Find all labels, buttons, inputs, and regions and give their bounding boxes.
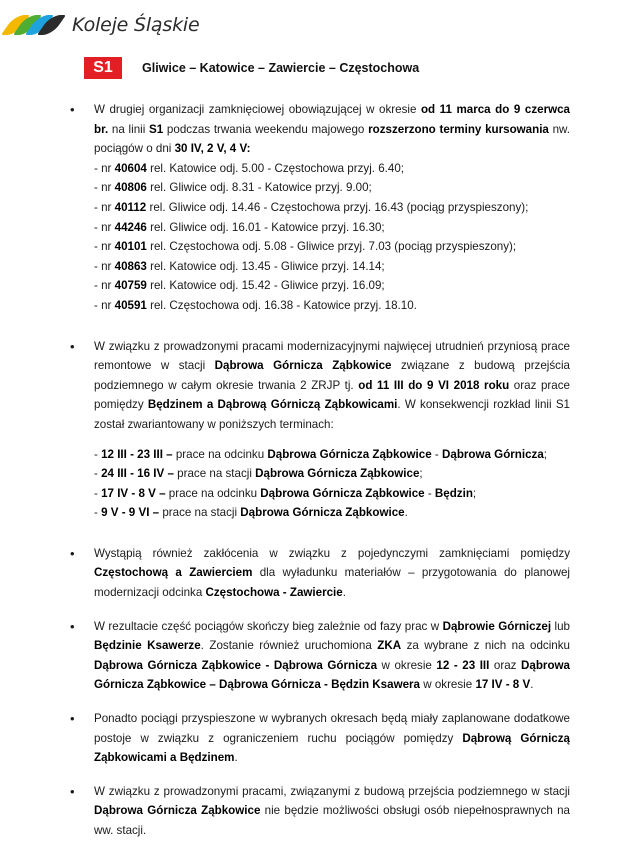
- brand-name: Koleje Śląskie: [72, 14, 199, 36]
- line-route: Gliwice – Katowice – Zawiercie – Częstoc…: [142, 61, 419, 75]
- koleje-slaskie-logo: Koleje Śląskie: [8, 12, 199, 38]
- notice-content: W drugiej organizacji zamknięciowej obow…: [70, 100, 570, 841]
- train-item: - nr 40112 rel. Gliwice odj. 14.46 - Czę…: [94, 198, 570, 218]
- brand-stripes-icon: [8, 15, 56, 35]
- bullet-text: W rezultacie część pociągów skończy bieg…: [94, 617, 570, 695]
- bullet-results: W rezultacie część pociągów skończy bieg…: [70, 617, 570, 695]
- period-item: - 12 III - 23 III – prace na odcinku Dąb…: [94, 445, 570, 465]
- bullet-weekend-trains: W drugiej organizacji zamknięciowej obow…: [70, 100, 570, 316]
- period-item: - 24 III - 16 IV – prace na stacji Dąbro…: [94, 464, 570, 484]
- bullet-accessibility: W związku z prowadzonymi pracami, związa…: [70, 782, 570, 841]
- train-item: - nr 44246 rel. Gliwice odj. 16.01 - Kat…: [94, 218, 570, 238]
- train-list: - nr 40604 rel. Katowice odj. 5.00 - Czę…: [94, 159, 570, 316]
- bullet-text: Wystąpią również zakłócenia w związku z …: [94, 544, 570, 603]
- bullet-text: W związku z prowadzonymi pracami moderni…: [94, 337, 570, 435]
- bullet-text: W drugiej organizacji zamknięciowej obow…: [94, 100, 570, 159]
- period-item: - 9 V - 9 VI – prace na stacji Dąbrowa G…: [94, 503, 570, 523]
- bullet-text: Ponadto pociągi przyspieszone w wybranyc…: [94, 709, 570, 768]
- period-item: - 17 IV - 8 V – prace na odcinku Dąbrowa…: [94, 484, 570, 504]
- period-list: - 12 III - 23 III – prace na odcinku Dąb…: [94, 445, 570, 523]
- train-item: - nr 40759 rel. Katowice odj. 15.42 - Gl…: [94, 276, 570, 296]
- line-header: S1 Gliwice – Katowice – Zawiercie – Częs…: [84, 57, 419, 79]
- train-item: - nr 40101 rel. Częstochowa odj. 5.08 - …: [94, 237, 570, 257]
- train-item: - nr 40604 rel. Katowice odj. 5.00 - Czę…: [94, 159, 570, 179]
- bullet-text: W związku z prowadzonymi pracami, związa…: [94, 782, 570, 841]
- bullet-disruptions: Wystąpią również zakłócenia w związku z …: [70, 544, 570, 603]
- train-item: - nr 40863 rel. Katowice odj. 13.45 - Gl…: [94, 257, 570, 277]
- line-badge: S1: [84, 57, 122, 79]
- train-item: - nr 40806 rel. Gliwice odj. 8.31 - Kato…: [94, 178, 570, 198]
- train-item: - nr 40591 rel. Częstochowa odj. 16.38 -…: [94, 296, 570, 316]
- bullet-modernization: W związku z prowadzonymi pracami moderni…: [70, 337, 570, 523]
- bullet-extra-stops: Ponadto pociągi przyspieszone w wybranyc…: [70, 709, 570, 768]
